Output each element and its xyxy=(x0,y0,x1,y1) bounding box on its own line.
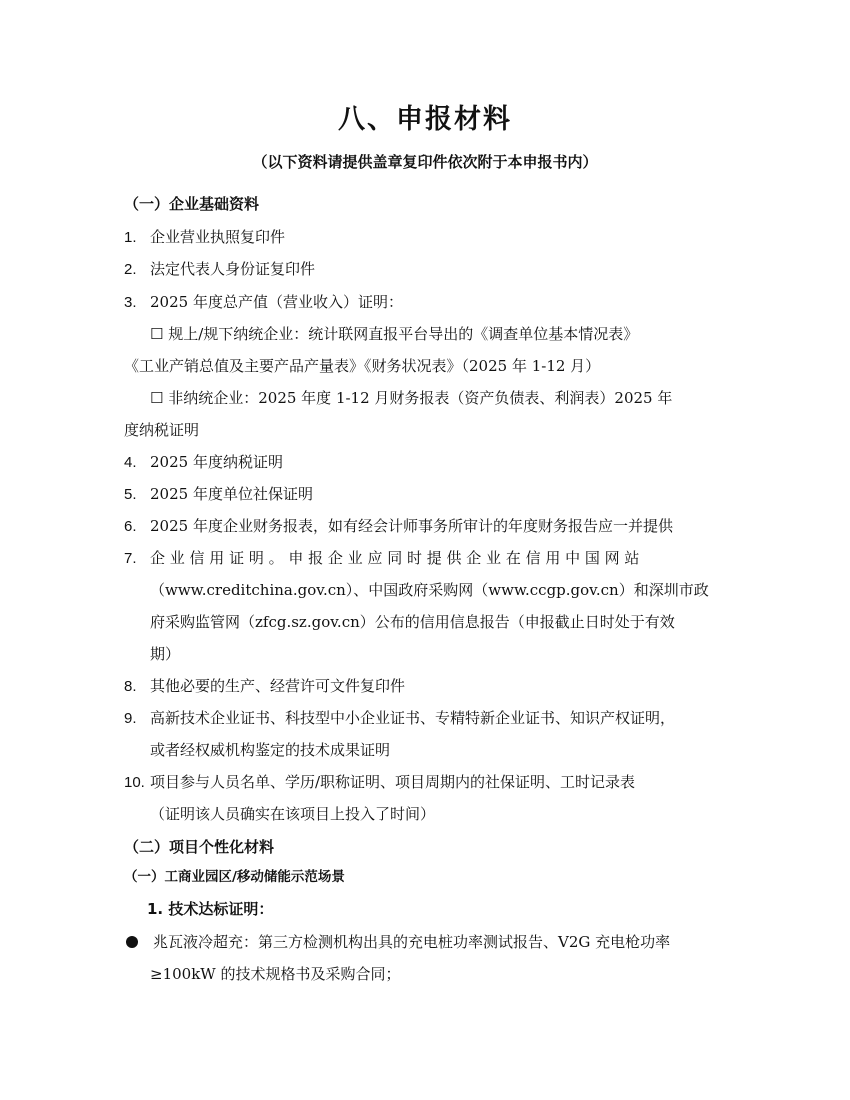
list-item-number: 9. xyxy=(124,707,150,731)
list-item-5: 5.2025 年度单位社保证明 xyxy=(124,482,313,507)
list-item-7-line2: （www.creditchina.gov.cn）、中国政府采购网（www.ccg… xyxy=(150,578,709,602)
list-item-9-line2: 或者经权威机构鉴定的技术成果证明 xyxy=(150,738,390,762)
list-item-10-line2: （证明该人员确实在该项目上投入了时间） xyxy=(150,802,435,826)
list-item-4: 4.2025 年度纳税证明 xyxy=(124,450,283,475)
point-heading-tech-compliance: 1. 技术达标证明： xyxy=(147,897,273,921)
option-text: 规上/规下纳统企业：统计联网直报平台导出的《调查单位基本情况表》 xyxy=(168,325,638,343)
list-item-7-line4: 期） xyxy=(150,642,180,666)
list-item-2: 2.法定代表人身份证复印件 xyxy=(124,257,315,282)
list-item-number: 5. xyxy=(124,483,150,507)
list-item-text: 企业营业执照复印件 xyxy=(150,228,285,246)
list-item-number: 8. xyxy=(124,675,150,699)
option-statistical-enterprise-cont: 《工业产销总值及主要产品产量表》《财务状况表》（2025 年 1-12 月） xyxy=(124,354,600,378)
list-item-7: 7.企 业 信 用 证 明 。 申 报 企 业 应 同 时 提 供 企 业 在 … xyxy=(124,546,639,571)
option-statistical-enterprise: ☐ 规上/规下纳统企业：统计联网直报平台导出的《调查单位基本情况表》 xyxy=(150,322,638,346)
list-item-text: 高新技术企业证书、科技型中小企业证书、专精特新企业证书、知识产权证明， xyxy=(150,709,675,727)
bullet-icon xyxy=(126,936,138,948)
list-item-text: 2025 年度总产值（营业收入）证明： xyxy=(150,293,403,311)
checkbox-icon[interactable]: ☐ xyxy=(150,325,163,343)
document-page: 八、申报材料 （以下资料请提供盖章复印件依次附于本申报书内） （一）企业基础资料… xyxy=(0,0,850,1100)
list-item-text: 2025 年度纳税证明 xyxy=(150,453,283,471)
list-item-text: 企 业 信 用 证 明 。 申 报 企 业 应 同 时 提 供 企 业 在 信 … xyxy=(150,549,639,567)
option-non-statistical-enterprise: ☐ 非纳统企业：2025 年度 1-12 月财务报表（资产负债表、利润表）202… xyxy=(150,386,672,410)
list-item-text: 其他必要的生产、经营许可文件复印件 xyxy=(150,677,405,695)
bullet-item-megawatt-charging: 兆瓦液冷超充：第三方检测机构出具的充电桩功率测试报告、V2G 充电枪功率 xyxy=(153,930,670,954)
page-subtitle: （以下资料请提供盖章复印件依次附于本申报书内） xyxy=(0,150,850,174)
bullet-item-megawatt-charging-cont: ≥100kW 的技术规格书及采购合同； xyxy=(150,962,400,986)
list-item-6: 6.2025 年度企业财务报表，如有经会计师事务所审计的年度财务报告应一并提供 xyxy=(124,514,673,539)
section-heading-basic: （一）企业基础资料 xyxy=(124,192,259,216)
list-item-number: 4. xyxy=(124,451,150,475)
list-item-10: 10.项目参与人员名单、学历/职称证明、项目周期内的社保证明、工时记录表 xyxy=(124,770,635,795)
list-item-text: 2025 年度单位社保证明 xyxy=(150,485,313,503)
list-item-8: 8.其他必要的生产、经营许可文件复印件 xyxy=(124,674,405,699)
subsection-heading-industrial-park: （一）工商业园区/移动储能示范场景 xyxy=(124,865,345,889)
list-item-7-line3: 府采购监管网（zfcg.sz.gov.cn）公布的信用信息报告（申报截止日时处于… xyxy=(150,610,675,634)
list-item-number: 10. xyxy=(124,771,150,795)
checkbox-icon[interactable]: ☐ xyxy=(150,389,163,407)
list-item-1: 1.企业营业执照复印件 xyxy=(124,225,285,250)
list-item-9: 9.高新技术企业证书、科技型中小企业证书、专精特新企业证书、知识产权证明， xyxy=(124,706,675,731)
list-item-text: 法定代表人身份证复印件 xyxy=(150,260,315,278)
list-item-text: 项目参与人员名单、学历/职称证明、项目周期内的社保证明、工时记录表 xyxy=(150,773,635,791)
list-item-number: 1. xyxy=(124,226,150,250)
list-item-number: 6. xyxy=(124,515,150,539)
list-item-3: 3.2025 年度总产值（营业收入）证明： xyxy=(124,290,403,315)
section-heading-project: （二）项目个性化材料 xyxy=(124,835,274,859)
option-text: 非纳统企业：2025 年度 1-12 月财务报表（资产负债表、利润表）2025 … xyxy=(168,389,672,407)
option-non-statistical-enterprise-cont: 度纳税证明 xyxy=(124,418,199,442)
list-item-number: 3. xyxy=(124,291,150,315)
page-title: 八、申报材料 xyxy=(0,100,850,140)
list-item-number: 7. xyxy=(124,547,150,571)
list-item-text: 2025 年度企业财务报表，如有经会计师事务所审计的年度财务报告应一并提供 xyxy=(150,517,673,535)
list-item-number: 2. xyxy=(124,258,150,282)
